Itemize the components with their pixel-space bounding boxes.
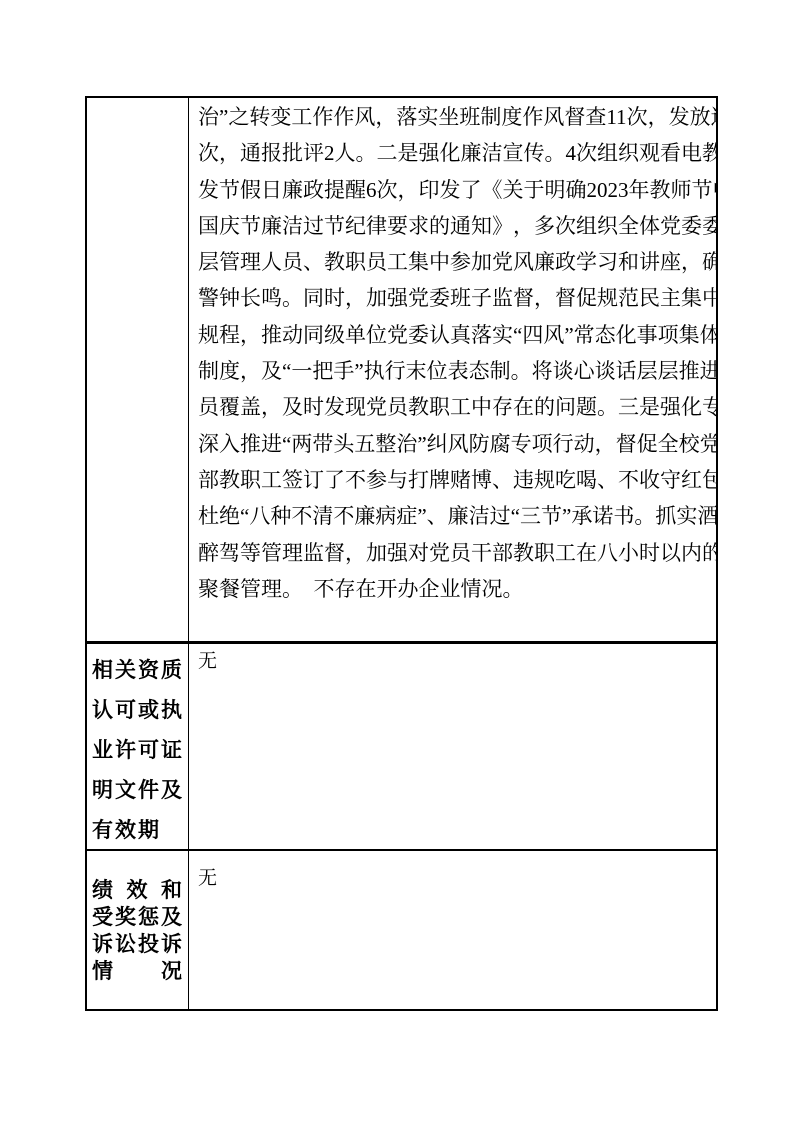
document-page: 治”之转变工作作风，落实坐班制度作风督查11次，发放通报两次，通报批评2人。二是… bbox=[0, 0, 794, 1122]
row-header-cell-empty bbox=[87, 98, 189, 641]
qualifications-content-cell: 无 bbox=[189, 644, 716, 849]
performance-value: 无 bbox=[198, 868, 217, 889]
table-row-continuation: 治”之转变工作作风，落实坐班制度作风督查11次，发放通报两次，通报批评2人。二是… bbox=[87, 98, 716, 641]
continuation-text: 治”之转变工作作风，落实坐班制度作风督查11次，发放通报两次，通报批评2人。二是… bbox=[189, 98, 716, 641]
table-row-qualifications: 相关资质认可或执业许可证明文件及有效期 无 bbox=[87, 641, 716, 849]
qualifications-header: 相关资质认可或执业许可证明文件及有效期 bbox=[87, 644, 189, 849]
table-row-performance: 绩效和受奖惩及诉讼投诉情况 无 bbox=[87, 849, 716, 1009]
performance-content-cell: 无 bbox=[189, 851, 716, 1009]
performance-header: 绩效和受奖惩及诉讼投诉情况 bbox=[87, 851, 189, 1009]
report-table: 治”之转变工作作风，落实坐班制度作风督查11次，发放通报两次，通报批评2人。二是… bbox=[85, 96, 718, 1011]
qualifications-value: 无 bbox=[198, 651, 217, 672]
